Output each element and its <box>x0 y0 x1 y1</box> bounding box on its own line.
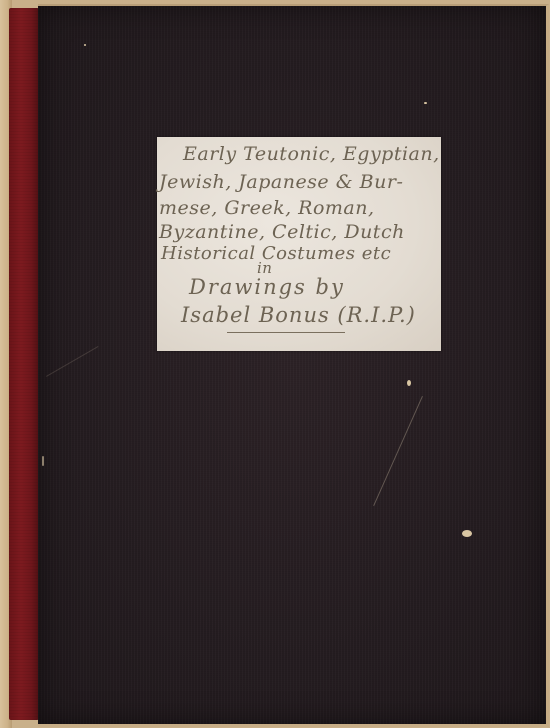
label-line-3: mese, Greek, Roman, <box>159 197 443 219</box>
label-line-7: Drawings by <box>189 275 473 299</box>
name-underline <box>227 332 345 333</box>
cover-scratch <box>46 346 98 377</box>
cover-wear-speck <box>424 102 427 104</box>
cover-wear-speck <box>407 380 411 386</box>
cover-scratch <box>373 396 423 506</box>
label-line-2: Jewish, Japanese & Bur- <box>159 171 443 193</box>
black-cloth-cover <box>38 4 549 727</box>
label-line-8: Isabel Bonus (R.I.P.) <box>181 303 465 327</box>
red-cloth-spine <box>9 8 39 720</box>
label-line-1: Early Teutonic, Egyptian, <box>183 143 467 165</box>
label-line-4: Byzantine, Celtic, Dutch <box>159 221 443 243</box>
cover-wear-speck <box>462 530 472 537</box>
cover-wear-speck <box>42 456 44 466</box>
book: Early Teutonic, Egyptian, Jewish, Japane… <box>0 0 550 728</box>
handwritten-label: Early Teutonic, Egyptian, Jewish, Japane… <box>157 137 441 351</box>
cover-wear-speck <box>84 44 86 46</box>
